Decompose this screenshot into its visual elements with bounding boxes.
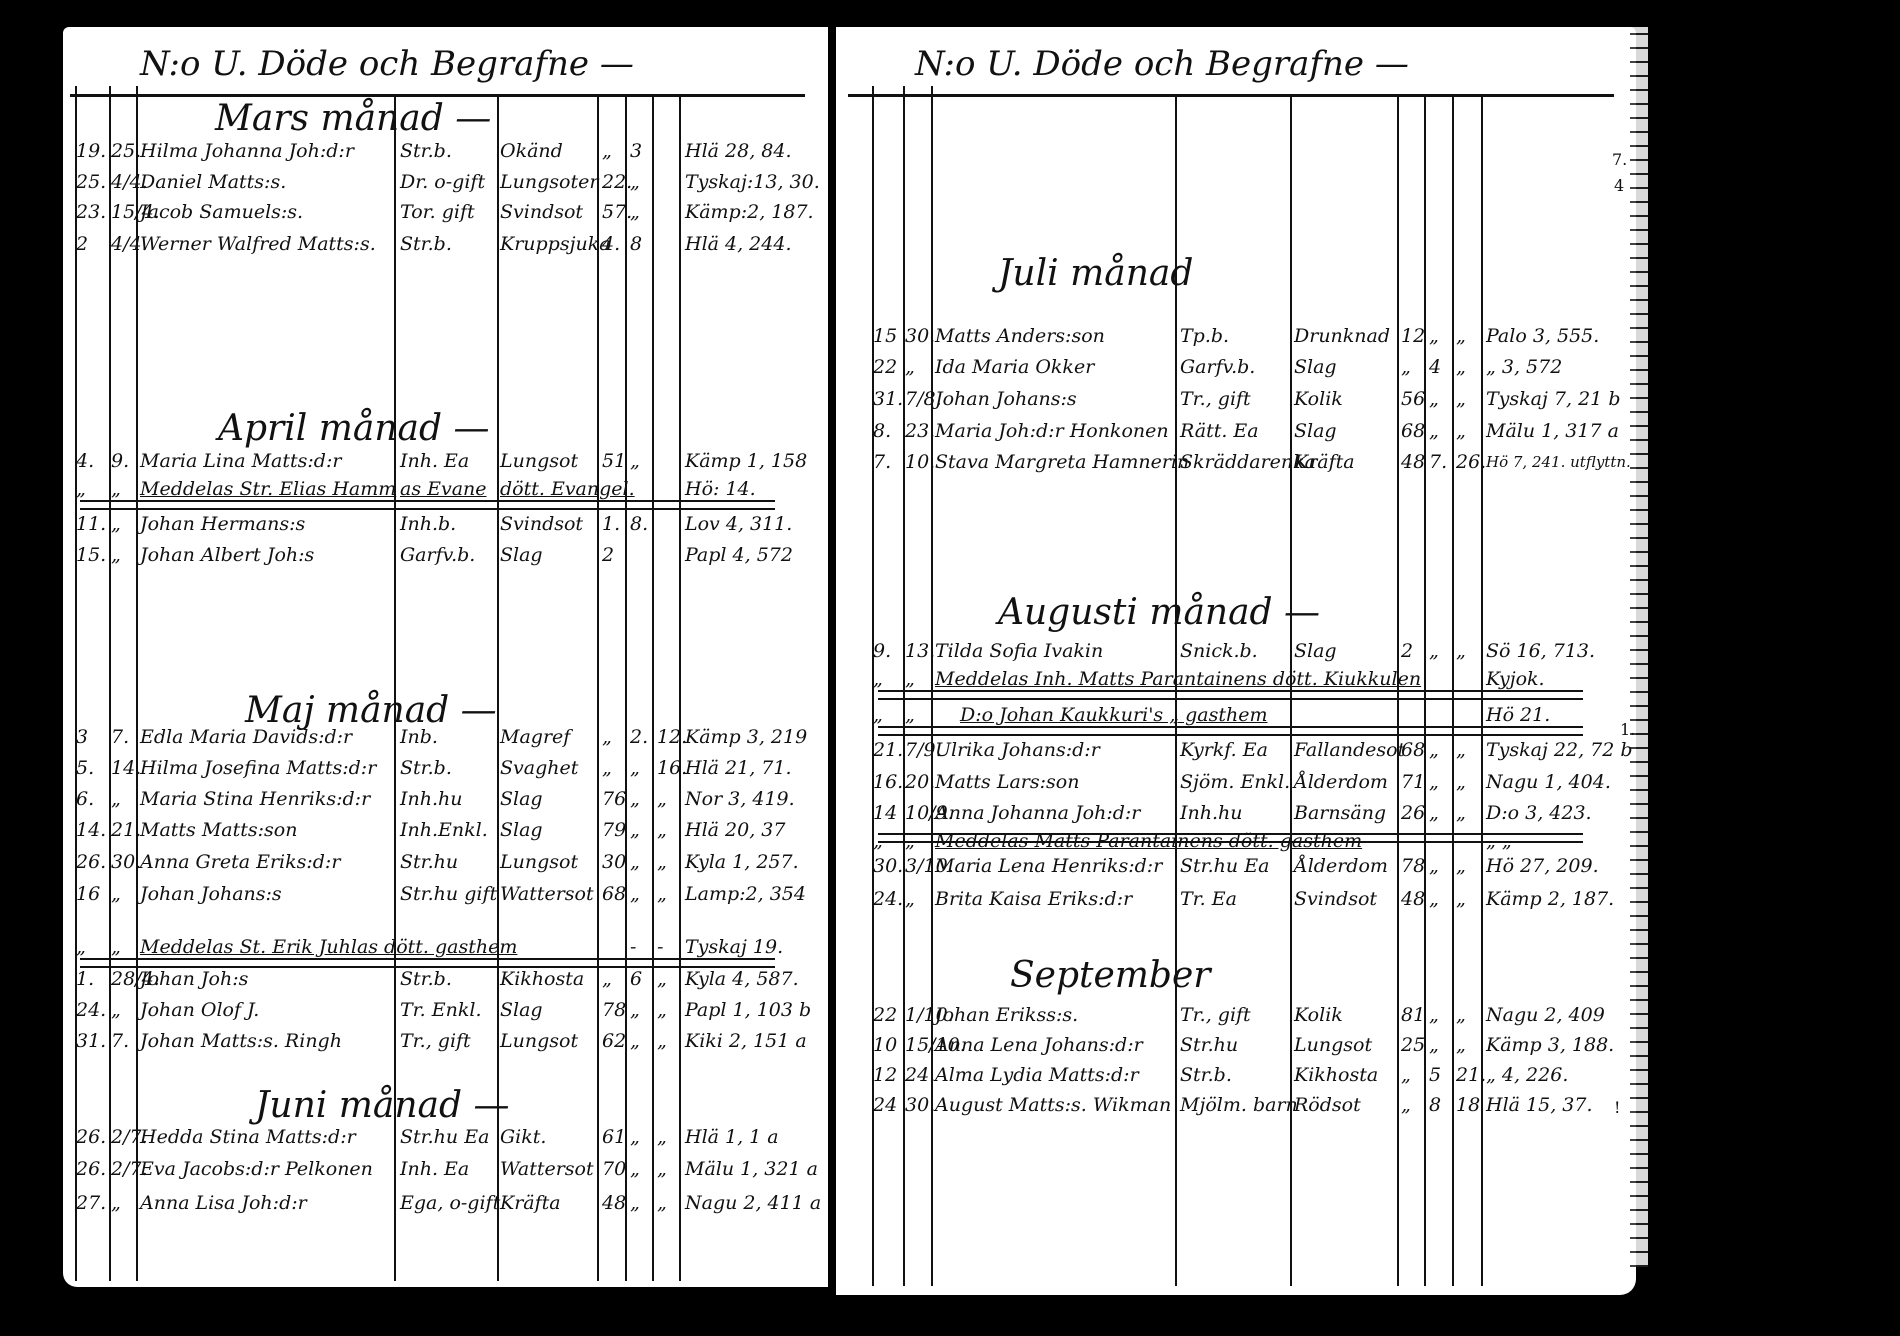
age-years: 56 <box>1401 384 1425 414</box>
right-page-title: N:o U. Döde och Begrafne — <box>915 44 1409 84</box>
status: Inh.hu <box>400 784 463 814</box>
age-months: „ <box>1429 1030 1439 1060</box>
age-months: „ <box>630 1188 640 1218</box>
register-ref: Mälu 1, 321 a <box>685 1154 818 1184</box>
age-months: 8. <box>630 509 648 539</box>
status: Tr. Ea <box>1180 884 1237 914</box>
age-months: „ <box>1429 884 1439 914</box>
name: Hedda Stina Matts:d:r <box>140 1122 356 1152</box>
age-days: „ <box>657 1026 667 1056</box>
age-months: 5 <box>1429 1060 1441 1090</box>
burial-day: 23. <box>905 416 935 446</box>
age-days: „ <box>1456 384 1466 414</box>
cause: Ålderdom <box>1294 851 1388 881</box>
death-day: 16. <box>873 767 903 797</box>
age-days: „ <box>1456 851 1466 881</box>
name: Johan Erikss:s. <box>935 1000 1078 1030</box>
age-months: „ <box>1429 735 1439 765</box>
name: Matts Lars:son <box>935 767 1079 797</box>
register-ref: Tyskaj:13, 30. <box>685 167 820 197</box>
burial-day: „ <box>111 1188 121 1218</box>
name: Anna Lisa Joh:d:r <box>140 1188 307 1218</box>
age-years: 57. <box>602 197 632 227</box>
register-ref: Nagu 1, 404. <box>1486 767 1611 797</box>
note-text: Meddelas St. Erik Juhlas dött. gasthem <box>140 932 517 962</box>
name: Alma Lydia Matts:d:r <box>935 1060 1139 1090</box>
status: Rätt. Ea <box>1180 416 1259 446</box>
status: Tr., gift <box>400 1026 471 1056</box>
status: Ega, o-gift <box>400 1188 500 1218</box>
death-day: 19. <box>76 136 106 166</box>
register-ref: „ 3, 572 <box>1486 352 1562 382</box>
death-day: 5. <box>76 753 94 783</box>
death-day: 14 <box>873 798 897 828</box>
name: Matts Matts:son <box>140 815 297 845</box>
age-days: „ <box>1456 735 1466 765</box>
age-days: „ <box>657 847 667 877</box>
register-ref: Mälu 1, 317 a <box>1486 416 1619 446</box>
name: Tilda Sofia Ivakin <box>935 636 1103 666</box>
status: Inh.b. <box>400 509 456 539</box>
burial-day: „ <box>111 879 121 909</box>
death-day: 24. <box>873 884 903 914</box>
cause: Lungsot <box>500 446 578 476</box>
right-header-rule <box>848 94 1614 97</box>
name: Ida Maria Okker <box>935 352 1094 382</box>
age-days: 26. <box>1456 447 1486 477</box>
name: Jacob Samuels:s. <box>140 197 303 227</box>
burial-day: 9. <box>111 446 129 476</box>
burial-day: „ <box>111 509 121 539</box>
note-text: Meddelas Str. Elias Hamm <box>140 474 396 504</box>
status: Tr., gift <box>1180 1000 1251 1030</box>
age-days: „ <box>657 1188 667 1218</box>
death-day: 23. <box>76 197 106 227</box>
status: Mjölm. barn <box>1180 1090 1298 1120</box>
register-ref: Papl 4, 572 <box>685 540 793 570</box>
death-day: 2 <box>76 229 88 259</box>
burial-day: 10. <box>905 447 935 477</box>
death-day: 10 <box>873 1030 897 1060</box>
status: Tr. Enkl. <box>400 995 481 1025</box>
age-years: 76 <box>602 784 626 814</box>
age-years: 22. <box>602 167 632 197</box>
age-months: „ <box>630 1026 640 1056</box>
left-col-line <box>109 86 111 1281</box>
cause: Kikhosta <box>1294 1060 1378 1090</box>
age-years: „ <box>1401 1060 1411 1090</box>
age-days: „ <box>657 784 667 814</box>
death-day: 22 <box>873 352 897 382</box>
status: Str.hu <box>1180 1030 1238 1060</box>
age-days: 16. <box>657 753 687 783</box>
status: Tr., gift <box>1180 384 1251 414</box>
register-ref: Hlä 15, 37. <box>1486 1090 1593 1120</box>
burial-day: „ <box>905 700 915 730</box>
age-months: „ <box>630 1122 640 1152</box>
status: Str.b. <box>400 964 452 994</box>
name: Hilma Josefina Matts:d:r <box>140 753 376 783</box>
left-page-title: N:o U. Döde och Begrafne — <box>140 44 634 84</box>
cause: Slag <box>1294 416 1337 446</box>
burial-day: „ <box>905 664 915 694</box>
age-days: „ <box>657 1154 667 1184</box>
death-day: 24 <box>873 1090 897 1120</box>
register-ref: Kämp 2, 187. <box>1486 884 1614 914</box>
register-ref: Tyskaj 7, 21 b <box>1486 384 1620 414</box>
age-years: „ <box>1401 352 1411 382</box>
age-years: 78 <box>602 995 626 1025</box>
age-months: „ <box>630 879 640 909</box>
death-day: „ <box>76 474 86 504</box>
cause: Slag <box>1294 636 1337 666</box>
age-months: 2. <box>630 722 648 752</box>
name: Matts Anders:son <box>935 321 1105 351</box>
margin-mark: 1. <box>1620 720 1635 739</box>
name: Daniel Matts:s. <box>140 167 286 197</box>
age-months: „ <box>1429 851 1439 881</box>
name: Johan Olof J. <box>140 995 259 1025</box>
age-years: 61 <box>602 1122 626 1152</box>
death-day: 8. <box>873 416 891 446</box>
age-years: 71 <box>1401 767 1425 797</box>
age-years: 78 <box>1401 851 1425 881</box>
register-ref: Kyjok. <box>1486 664 1545 694</box>
burial-day: 30. <box>905 1090 935 1120</box>
name: Eva Jacobs:d:r Pelkonen <box>140 1154 373 1184</box>
age-years: 25 <box>1401 1030 1425 1060</box>
death-day: 15. <box>76 540 106 570</box>
name: Anna Greta Eriks:d:r <box>140 847 340 877</box>
age-years: 68 <box>1401 735 1425 765</box>
burial-day: 7. <box>111 722 129 752</box>
age-months: „ <box>1429 384 1439 414</box>
name: Maria Lina Matts:d:r <box>140 446 341 476</box>
age-months: 4 <box>1429 352 1441 382</box>
death-day: 26. <box>76 847 106 877</box>
age-months: „ <box>630 784 640 814</box>
burial-day: 20. <box>905 767 935 797</box>
age-days: 18 <box>1456 1090 1480 1120</box>
age-months: „ <box>1429 767 1439 797</box>
age-months: „ <box>1429 798 1439 828</box>
age-years: „ <box>602 964 612 994</box>
margin-mark: 4 <box>1614 176 1624 195</box>
age-years: 81 <box>1401 1000 1425 1030</box>
register-ref: Hö 21. <box>1486 700 1550 730</box>
cause: Kräfta <box>1294 447 1355 477</box>
name: Brita Kaisa Eriks:d:r <box>935 884 1132 914</box>
status: Str.b. <box>400 136 452 166</box>
death-day: 1. <box>76 964 94 994</box>
age-months: 3 <box>630 136 642 166</box>
left-col-line <box>652 96 654 1281</box>
name: Maria Stina Henriks:d:r <box>140 784 370 814</box>
burial-day: 30. <box>111 847 141 877</box>
status: Sjöm. Enkl. <box>1180 767 1290 797</box>
status: Str.hu Ea <box>1180 851 1269 881</box>
age-months: 8 <box>630 229 642 259</box>
status: Inh. Ea <box>400 446 469 476</box>
register-ref: Tyskaj 22, 72 b <box>1486 735 1633 765</box>
age-years: 2 <box>602 540 614 570</box>
age-days: „ <box>657 964 667 994</box>
status: Str.hu <box>400 847 458 877</box>
age-months: 6 <box>630 964 642 994</box>
age-days: 12. <box>657 722 687 752</box>
death-day: 26. <box>76 1122 106 1152</box>
register-ref: Hlä 21, 71. <box>685 753 792 783</box>
left-col-line <box>597 96 599 1281</box>
age-years: 51 <box>602 446 626 476</box>
note-text-cont: as Evane <box>400 474 487 504</box>
cause: Gikt. <box>500 1122 546 1152</box>
age-months: „ <box>1429 416 1439 446</box>
cause: Slag <box>500 784 543 814</box>
book-gutter <box>828 27 836 1297</box>
cause: Slag <box>1294 352 1337 382</box>
burial-day: 21. <box>111 815 141 845</box>
age-years: 48 <box>1401 447 1425 477</box>
burial-day: „ <box>905 884 915 914</box>
age-months: „ <box>630 753 640 783</box>
death-day: „ <box>76 932 86 962</box>
age-years: 62 <box>602 1026 626 1056</box>
age-days: „ <box>1456 352 1466 382</box>
register-ref: Hlä 4, 244. <box>685 229 792 259</box>
status: Kyrkf. Ea <box>1180 735 1268 765</box>
cause: Rödsot <box>1294 1090 1361 1120</box>
register-ref: Hlä 20, 37 <box>685 815 785 845</box>
age-months: „ <box>630 815 640 845</box>
cause: Slag <box>500 540 543 570</box>
age-months: „ <box>630 197 640 227</box>
register-ref: Kämp 3, 188. <box>1486 1030 1614 1060</box>
cause: Svindsot <box>1294 884 1377 914</box>
age-days: - <box>657 932 663 962</box>
age-months: 7. <box>1429 447 1447 477</box>
death-day: 16 <box>76 879 100 909</box>
age-days: „ <box>657 815 667 845</box>
status: Inh.hu <box>1180 798 1243 828</box>
name: Johan Joh:s <box>140 964 248 994</box>
death-day: 14. <box>76 815 106 845</box>
cause: Slag <box>500 995 543 1025</box>
cause: Svaghet <box>500 753 578 783</box>
page-edge-stack <box>1630 27 1648 1267</box>
status: Str.hu gift <box>400 879 497 909</box>
age-months: „ <box>630 446 640 476</box>
month-heading-mars: Mars månad — <box>215 98 491 139</box>
cause: Wattersot <box>500 879 594 909</box>
age-years: 1. <box>602 509 620 539</box>
age-months: „ <box>630 995 640 1025</box>
age-months: „ <box>1429 636 1439 666</box>
cause: Fallandesot <box>1294 735 1405 765</box>
cause: Drunknad <box>1294 321 1390 351</box>
status: Str.b. <box>400 753 452 783</box>
age-months: - <box>630 932 636 962</box>
note-text: D:o Johan Kaukkuri's „ gasthem <box>960 700 1267 730</box>
status: Inh.Enkl. <box>400 815 488 845</box>
name: Edla Maria Davids:d:r <box>140 722 352 752</box>
month-heading-april: April månad — <box>218 408 489 449</box>
age-years: 12 <box>1401 321 1425 351</box>
register-ref: Hlä 28, 84. <box>685 136 792 166</box>
month-heading-juni: Juni månad — <box>255 1085 510 1126</box>
age-years: 68 <box>1401 416 1425 446</box>
age-years: 79 <box>602 815 626 845</box>
death-day: „ <box>873 700 883 730</box>
name: Johan Hermans:s <box>140 509 305 539</box>
burial-day: 7. <box>111 1026 129 1056</box>
status: Snick.b. <box>1180 636 1258 666</box>
status: Garfv.b. <box>400 540 475 570</box>
age-years: 68 <box>602 879 626 909</box>
month-heading-juli: Juli månad <box>998 253 1193 294</box>
burial-day: 25. <box>111 136 141 166</box>
burial-day: „ <box>111 932 121 962</box>
age-days: „ <box>1456 636 1466 666</box>
cause: Ålderdom <box>1294 767 1388 797</box>
register-ref: Kämp 1, 158 <box>685 446 807 476</box>
register-ref: Palo 3, 555. <box>1486 321 1599 351</box>
name: Ulrika Johans:d:r <box>935 735 1100 765</box>
death-day: 26. <box>76 1154 106 1184</box>
burial-day: „ <box>111 784 121 814</box>
name: Hilma Johanna Joh:d:r <box>140 136 354 166</box>
register-ref: Kämp 3, 219 <box>685 722 807 752</box>
death-day: 30. <box>873 851 903 881</box>
name: Johan Johans:s <box>140 879 282 909</box>
cause: Wattersot <box>500 1154 594 1184</box>
name: Werner Walfred Matts:s. <box>140 229 376 259</box>
age-days: „ <box>1456 767 1466 797</box>
register-ref: D:o 3, 423. <box>1486 798 1592 828</box>
register-ref: Lov 4, 311. <box>685 509 792 539</box>
register-ref: Tyskaj 19. <box>685 932 783 962</box>
register-ref: Kiki 2, 151 a <box>685 1026 807 1056</box>
status: Inh. Ea <box>400 1154 469 1184</box>
name: Johan Albert Joh:s <box>140 540 314 570</box>
register-ref: Sö 16, 713. <box>1486 636 1595 666</box>
cause: Kruppsjuka <box>500 229 611 259</box>
month-heading-augusti: Augusti månad — <box>998 592 1320 633</box>
register-ref: Nor 3, 419. <box>685 784 795 814</box>
cause: Svindsot <box>500 509 583 539</box>
status: Tp.b. <box>1180 321 1229 351</box>
name: Stava Margreta Hamnerin <box>935 447 1189 477</box>
name: Anna Johanna Joh:d:r <box>935 798 1140 828</box>
cause: Svindsot <box>500 197 583 227</box>
death-day: 7. <box>873 447 891 477</box>
cause: Okänd <box>500 136 563 166</box>
burial-day: 13. <box>905 636 935 666</box>
death-day: 6. <box>76 784 94 814</box>
left-header-rule <box>70 94 805 97</box>
register-ref: Nagu 2, 411 a <box>685 1188 821 1218</box>
age-years: 48 <box>602 1188 626 1218</box>
age-years: 2 <box>1401 636 1413 666</box>
death-day: 24. <box>76 995 106 1025</box>
month-heading-september: September <box>1010 955 1210 996</box>
left-col-line <box>679 96 681 1281</box>
burial-day: „ <box>111 995 121 1025</box>
burial-day: 14. <box>111 753 141 783</box>
cause: Magref <box>500 722 570 752</box>
age-years: 70 <box>602 1154 626 1184</box>
age-days: „ <box>657 995 667 1025</box>
register-ref: Papl 1, 103 b <box>685 995 811 1025</box>
left-col-line <box>136 86 138 1281</box>
age-days: „ <box>1456 1000 1466 1030</box>
register-ref: Hlä 1, 1 a <box>685 1122 779 1152</box>
name: Johan Johans:s <box>935 384 1077 414</box>
register-ref: Hö: 14. <box>685 474 756 504</box>
register-ref: Kyla 1, 257. <box>685 847 799 877</box>
death-day: 31. <box>76 1026 106 1056</box>
name: Johan Matts:s. Ringh <box>140 1026 342 1056</box>
age-years: 4. <box>602 229 620 259</box>
burial-day: „ <box>111 540 121 570</box>
age-months: 8 <box>1429 1090 1441 1120</box>
register-ref: Kyla 4, 587. <box>685 964 799 994</box>
name: August Matts:s. Wikman <box>935 1090 1171 1120</box>
death-day: 31. <box>873 384 903 414</box>
cause: Lungsot <box>500 847 578 877</box>
age-months: „ <box>630 167 640 197</box>
age-years: 48 <box>1401 884 1425 914</box>
age-years: 26 <box>1401 798 1425 828</box>
age-years: „ <box>602 722 612 752</box>
death-day: 12 <box>873 1060 897 1090</box>
death-day: 3 <box>76 722 88 752</box>
margin-mark: ! <box>1614 1098 1620 1117</box>
cause: Slag <box>500 815 543 845</box>
note-text-cont: dött. Evangel. <box>500 474 635 504</box>
burial-day: 30. <box>905 321 935 351</box>
death-day: 27. <box>76 1188 106 1218</box>
age-years: „ <box>1401 1090 1411 1120</box>
age-days: „ <box>1456 884 1466 914</box>
status: Str.hu Ea <box>400 1122 489 1152</box>
margin-mark: 7. <box>1612 150 1627 169</box>
age-years: „ <box>602 753 612 783</box>
name: Anna Lena Johans:d:r <box>935 1030 1143 1060</box>
status: Str.b. <box>400 229 452 259</box>
age-days: „ <box>1456 321 1466 351</box>
cause: Kikhosta <box>500 964 584 994</box>
death-day: 25. <box>76 167 106 197</box>
name: Maria Lena Henriks:d:r <box>935 851 1162 881</box>
status: Garfv.b. <box>1180 352 1255 382</box>
left-col-line <box>75 86 77 1281</box>
status: Tor. gift <box>400 197 475 227</box>
cause: Kräfta <box>500 1188 561 1218</box>
cause: Lungsoter <box>500 167 598 197</box>
death-day: 9. <box>873 636 891 666</box>
left-col-line <box>625 96 627 1281</box>
register-ref: Hö 7, 241. utflyttn. <box>1486 447 1631 477</box>
age-months: „ <box>630 847 640 877</box>
register-ref: Lamp:2, 354 <box>685 879 806 909</box>
note-text: Meddelas Inh. Matts Parantainens dött. K… <box>935 664 1421 694</box>
name: Maria Joh:d:r Honkonen <box>935 416 1169 446</box>
age-months: „ <box>630 1154 640 1184</box>
status: Str.b. <box>1180 1060 1232 1090</box>
death-day: 11. <box>76 509 106 539</box>
register-ref: Kämp:2, 187. <box>685 197 814 227</box>
